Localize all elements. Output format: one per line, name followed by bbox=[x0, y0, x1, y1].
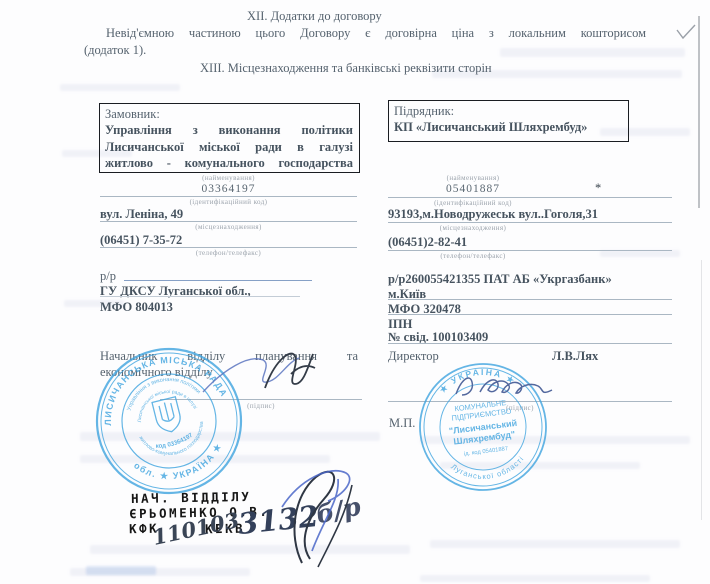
contractor-signature bbox=[450, 368, 560, 402]
customer-phone: (06451) 7-35-72 bbox=[100, 232, 182, 248]
contractor-account: р/р260055421355 ПАТ АБ «Укргазбанк» bbox=[388, 271, 612, 287]
customer-code: 03364197 bbox=[100, 182, 357, 197]
contractor-signer-name: Л.В.Лях bbox=[552, 348, 598, 364]
svg-text:Луганської області: Луганської області bbox=[449, 453, 528, 485]
underline bbox=[388, 343, 672, 344]
contractor-round-stamp: ★ УКРАЇНА ★ Луганської області КОМУНАЛЬН… bbox=[399, 343, 566, 510]
contractor-name: КП «Лисичанський Шляхрембуд» bbox=[394, 119, 623, 135]
caption-address: (місцезнаходження) bbox=[388, 224, 558, 232]
caption-signature: (підпис) bbox=[430, 404, 610, 412]
seal-place-label: М.П. bbox=[389, 415, 415, 431]
customer-box: Замовник: Управління з виконання політик… bbox=[99, 103, 360, 173]
caption-phone: (телефон/телефакс) bbox=[100, 249, 357, 257]
underline bbox=[124, 280, 312, 281]
underline bbox=[388, 401, 672, 402]
stamp-code-text: ід. код 05401887 bbox=[464, 446, 509, 457]
underline bbox=[100, 196, 357, 197]
handwritten-note: б/р bbox=[313, 492, 363, 530]
customer-signer-title2: економічного відділу bbox=[100, 364, 213, 380]
intro-paragraph: Невід'ємною частиною цього Договору є до… bbox=[106, 25, 646, 41]
caption-code: (ідентифікаційний код) bbox=[100, 198, 357, 206]
customer-role-label: Замовник: bbox=[105, 106, 354, 122]
stamp-ring-bottom-text: обл. ★ УКРАЇНА ★ bbox=[130, 439, 229, 491]
customer-name-line: житлово - комунального господарства bbox=[105, 155, 353, 171]
bleed-artifact bbox=[440, 462, 640, 469]
customer-signer-title: Начальник відділу планування та bbox=[100, 348, 358, 364]
bleed-artifact bbox=[60, 84, 180, 91]
stamp-center-line3: "Лисичанський bbox=[448, 418, 517, 436]
contractor-address: 93193,м.Новодружеськ вул..Гоголя,31 bbox=[388, 206, 598, 222]
mark-asterisk: * bbox=[595, 180, 601, 196]
scan-checkmark bbox=[674, 22, 698, 42]
bleed-artifact bbox=[600, 250, 680, 257]
caption-name: (найменування) bbox=[100, 174, 357, 182]
underline bbox=[388, 314, 672, 315]
contractor-box: Підрядник: КП «Лисичанський Шляхрембуд» bbox=[388, 100, 629, 142]
caption-address: (місцезнаходження) bbox=[100, 223, 357, 231]
customer-name-line: Управління з виконання політики bbox=[105, 122, 353, 138]
underline bbox=[160, 399, 362, 400]
contractor-role-label: Підрядник: bbox=[394, 103, 623, 119]
stamp-ring-top-text: ★ УКРАЇНА ★ bbox=[435, 362, 518, 395]
section-xiii-title: XIII. Місцезнаходження та банківські рек… bbox=[200, 60, 492, 76]
svg-text:★ УКРАЇНА ★: ★ УКРАЇНА ★ bbox=[435, 362, 518, 395]
underline bbox=[100, 296, 300, 297]
bleed-artifact bbox=[80, 432, 380, 441]
caption-phone: (телефон/телефакс) bbox=[388, 252, 558, 260]
underline bbox=[100, 247, 357, 248]
underline bbox=[388, 222, 672, 223]
bleed-artifact bbox=[80, 455, 330, 463]
contractor-phone: (06451)2-82-41 bbox=[388, 234, 467, 250]
customer-account-label: р/р bbox=[100, 268, 116, 284]
underline bbox=[388, 197, 672, 198]
bleed-artifact bbox=[86, 566, 156, 575]
bleed-artifact bbox=[420, 575, 650, 582]
section-xii-title: XII. Додатки до договору bbox=[247, 8, 382, 24]
scanned-contract-page: XII. Додатки до договору Невід'ємною час… bbox=[0, 0, 710, 584]
underline bbox=[388, 299, 672, 300]
page-edge-line bbox=[698, 16, 700, 208]
bleed-artifact bbox=[90, 545, 410, 554]
contractor-signer-title: Директор bbox=[388, 348, 439, 364]
kekv-handwritten-value: 3132 bbox=[236, 499, 320, 541]
intro-annex: (додаток 1). bbox=[84, 42, 146, 58]
page-edge-line bbox=[701, 260, 702, 520]
stamp-ring-bottom-text: Луганської області bbox=[449, 453, 528, 485]
svg-text:обл. ★ УКРАЇНА ★: обл. ★ УКРАЇНА ★ bbox=[130, 439, 229, 491]
bleed-artifact bbox=[500, 48, 685, 57]
underline bbox=[100, 221, 357, 222]
contractor-code: 05401887 bbox=[388, 182, 558, 197]
customer-name-line: Лисичанської міської ради в галузі bbox=[105, 139, 353, 155]
bleed-artifact bbox=[420, 436, 690, 444]
underline bbox=[388, 250, 672, 251]
caption-signature: (підпис) bbox=[160, 402, 362, 410]
customer-mfo: МФО 804013 bbox=[100, 299, 173, 315]
bleed-artifact bbox=[430, 540, 680, 548]
customer-address: вул. Леніна, 49 bbox=[100, 206, 183, 222]
caption-name: (найменування) bbox=[388, 174, 558, 182]
